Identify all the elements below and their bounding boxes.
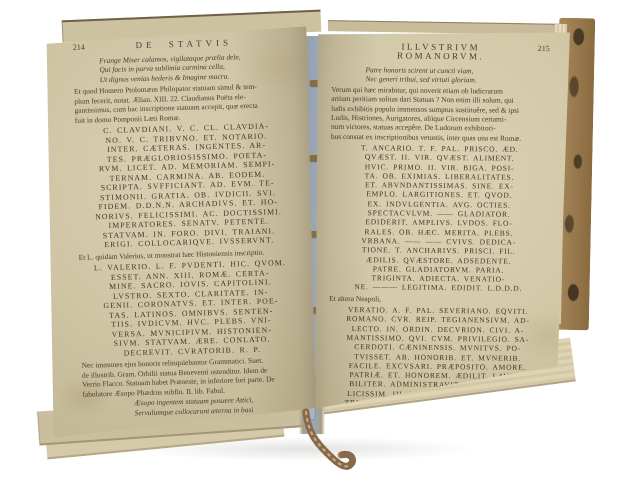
left-running-head: DE STATVIS xyxy=(99,37,269,51)
right-running-head: ILLVSTRIVM ROMANORVM. xyxy=(358,42,524,62)
right-page-text: ILLVSTRIVM ROMANORVM. 215 Patre honoris … xyxy=(314,29,570,412)
paragraph-block: Nec immunes ejus honoris relinquiebantur… xyxy=(82,355,305,399)
bookmark-cord xyxy=(282,408,402,486)
page-edge-top-right xyxy=(328,20,562,35)
header-spacer xyxy=(269,44,295,45)
right-page-number: 215 xyxy=(524,44,550,54)
right-header-row: ILLVSTRIVM ROMANORVM. 215 xyxy=(332,42,550,63)
inscription-block: T. ANCARIO. T. F. PAL. PRISCO. ÆD.QVÆST.… xyxy=(329,143,549,294)
paragraph-block: Et quod Homero Ptolomæus Philopator stat… xyxy=(74,81,297,125)
left-page-number: 214 xyxy=(73,42,99,52)
paragraph-line: bus constat ex inscriptionibus vetustis,… xyxy=(331,132,549,144)
catchword: ET. xyxy=(506,413,520,422)
paragraph-line: Et altera Neapoli, xyxy=(329,294,547,306)
left-page-text: 214 DE STATVIS Frange Miser calamos, vig… xyxy=(42,26,317,437)
inscription-block: C. CLAVDIANI. V. C. CL. CLAVDIA-NO. V. C… xyxy=(75,121,300,251)
verse-block: Frange Miser calamos, vigilataque prælia… xyxy=(73,50,296,85)
inscription-block: L. VALERIO. L. F. PVDENTI. HIC. QVOM.ESS… xyxy=(79,258,304,359)
right-page: ILLVSTRIVM ROMANORVM. 215 Patre honoris … xyxy=(314,29,570,412)
signature-mark: H 2 xyxy=(428,412,443,421)
verse-block: Patre honoris scirent ut cuncti viam,Nec… xyxy=(331,64,549,85)
book-photograph: 214 DE STATVIS Frange Miser calamos, vig… xyxy=(0,0,626,487)
left-page: 214 DE STATVIS Frange Miser calamos, vig… xyxy=(42,26,317,437)
verse-line: Nec generi tribui, sed virtuti gloriam. xyxy=(365,74,549,85)
inscription-line: NE. ——— LEGITIMA. EDIDIT. L.D.D.D. xyxy=(329,282,547,294)
paragraph-block: Verum qui hæc mirabitur, qui noverit eti… xyxy=(331,85,550,143)
